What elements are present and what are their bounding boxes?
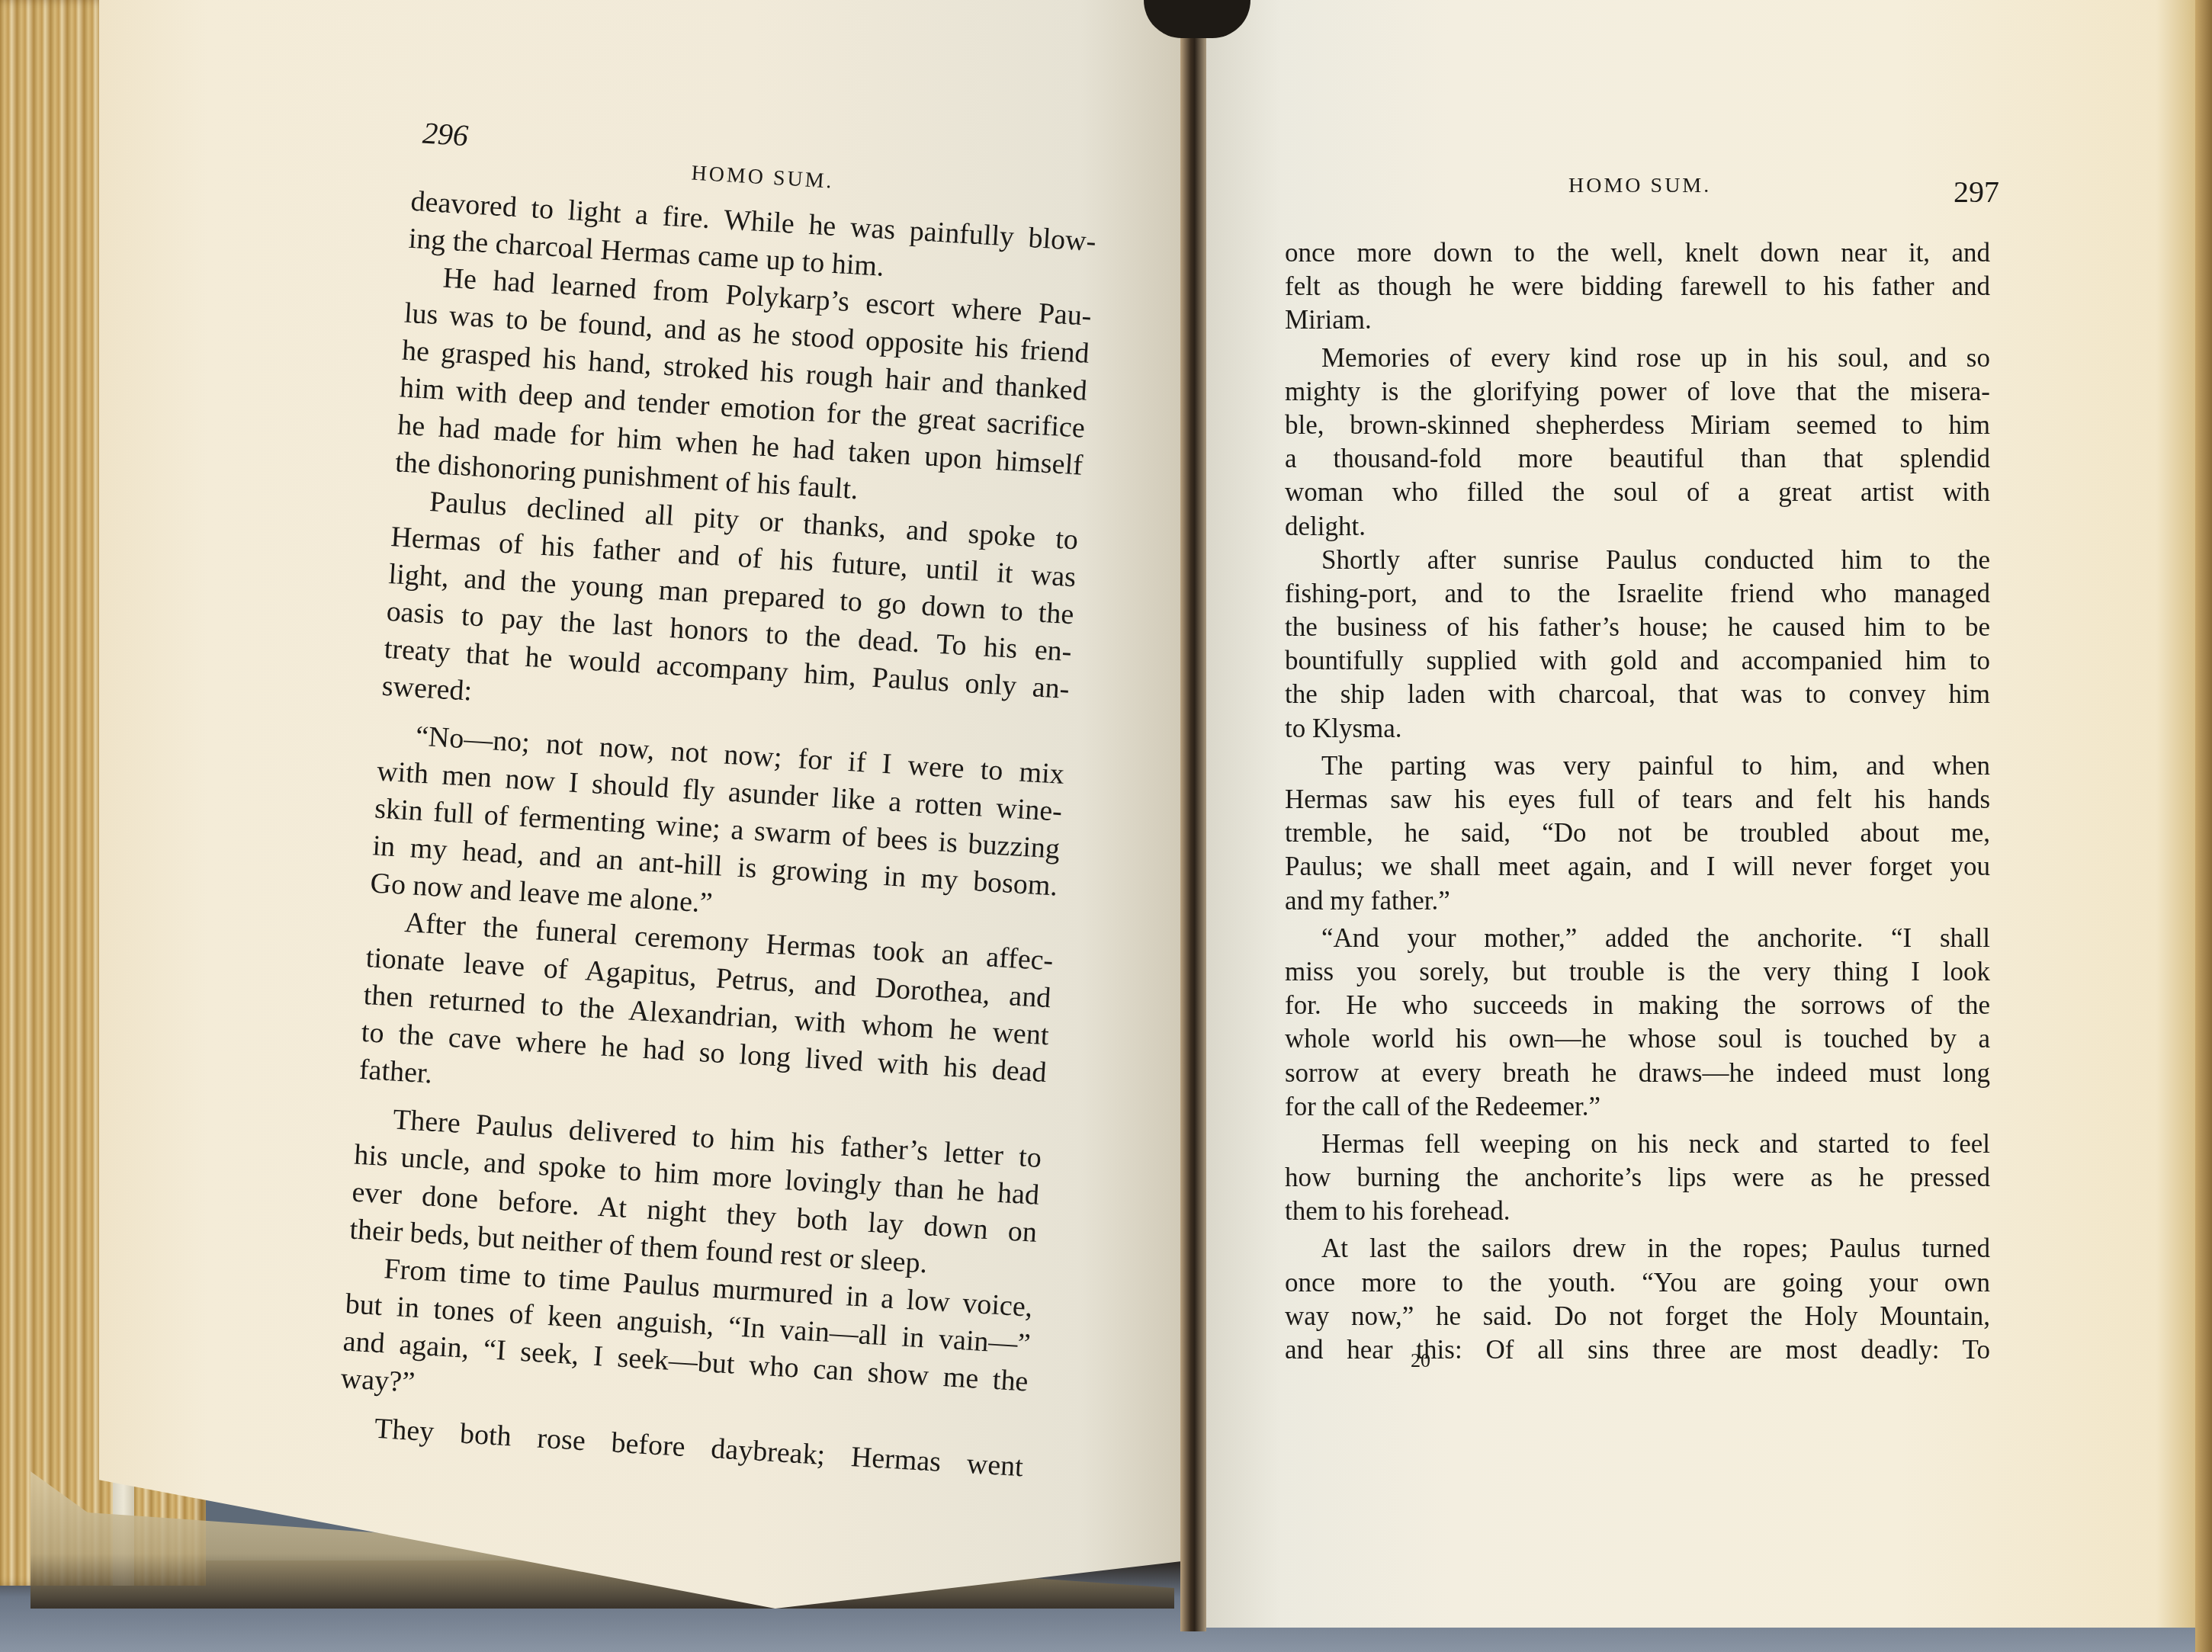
text-line: “And your mother,” added the anchorite. … <box>1285 922 1990 955</box>
text-line: a thousand-fold more beautiful than that… <box>1285 442 1990 476</box>
page-edges-right <box>2195 0 2212 1652</box>
text-line: Shortly after sunrise Paulus conducted h… <box>1285 544 1990 577</box>
left-page-body: deavored to light a fire. While he was p… <box>337 183 1097 1486</box>
signature-mark: 20 <box>1411 1349 1430 1372</box>
text-line: Memories of every kind rose up in his so… <box>1285 342 1990 375</box>
text-line: whole world his own—he whose soul is tou… <box>1285 1022 1990 1056</box>
text-line: how burning the anchorite’s lips were as… <box>1285 1161 1990 1195</box>
text-line: fishing-port, and to the Israelite frien… <box>1285 577 1990 611</box>
text-line: and my father.” <box>1285 884 1990 918</box>
page-number-right: 297 <box>1954 174 1999 210</box>
text-line: once more to the youth. “You are going y… <box>1285 1266 1990 1300</box>
running-head-right: HOMO SUM. <box>1568 174 1711 198</box>
text-line: the ship laden with charcoal, that was t… <box>1285 678 1990 711</box>
text-line: for. He who succeeds in making the sorro… <box>1285 989 1990 1022</box>
text-line: The parting was very painful to him, and… <box>1285 749 1990 783</box>
text-line: Miriam. <box>1285 303 1990 337</box>
page-number-left: 296 <box>422 115 470 153</box>
text-line: way now,” he said. Do not forget the Hol… <box>1285 1300 1990 1333</box>
text-line: ble, brown-skinned shepherdess Miriam se… <box>1285 409 1990 442</box>
text-line: the business of his father’s house; he c… <box>1285 611 1990 644</box>
book-spine-gutter <box>1180 0 1206 1631</box>
text-line: for the call of the Redeemer.” <box>1285 1090 1990 1124</box>
text-line: Paulus; we shall meet again, and I will … <box>1285 850 1990 884</box>
text-line: woman who filled the soul of a great art… <box>1285 476 1990 509</box>
text-line: mighty is the glorifying power of love t… <box>1285 375 1990 409</box>
text-line: At last the sailors drew in the ropes; P… <box>1285 1232 1990 1265</box>
text-line: miss you sorely, but trouble is the very… <box>1285 955 1990 989</box>
text-line: Hermas fell weeping on his neck and star… <box>1285 1128 1990 1161</box>
right-page-body: once more down to the well, knelt down n… <box>1285 236 1990 1367</box>
text-line: to Klysma. <box>1285 712 1990 746</box>
text-line: delight. <box>1285 510 1990 544</box>
text-line: once more down to the well, knelt down n… <box>1285 236 1990 270</box>
text-line: bountifully supplied with gold and accom… <box>1285 644 1990 678</box>
text-line: felt as though he were bidding farewell … <box>1285 270 1990 303</box>
text-line: and hear this: Of all sins three are mos… <box>1285 1333 1990 1367</box>
text-line: Hermas saw his eyes full of tears and fe… <box>1285 783 1990 816</box>
text-line: tremble, he said, “Do not be troubled ab… <box>1285 816 1990 850</box>
text-line: them to his forehead. <box>1285 1195 1990 1228</box>
text-line: sorrow at every breath he draws—he indee… <box>1285 1057 1990 1090</box>
